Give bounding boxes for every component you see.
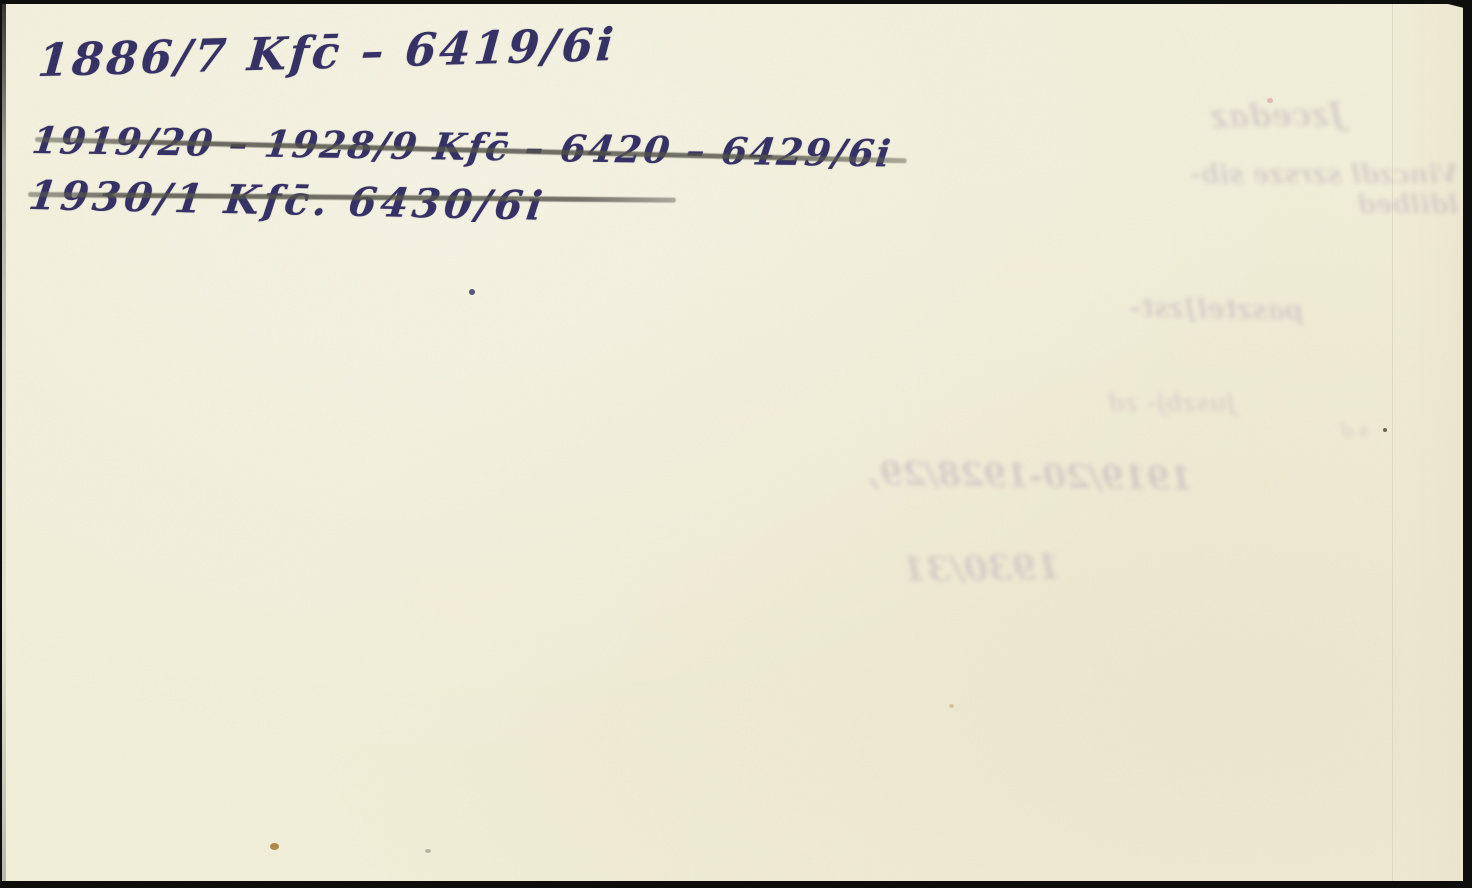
ghost-bleed-line: pasztel]zst- <box>1130 292 1304 326</box>
gray-speck <box>425 849 431 853</box>
ghost-bleed-line: Vinczdl szrsze sib- ldilbed <box>1188 160 1458 220</box>
scan-left-edge-shadow <box>2 4 6 881</box>
ghost-bleed-line: s.d <box>1340 420 1369 441</box>
card-right-edge-seam <box>1392 4 1463 881</box>
pink-speck <box>1267 98 1273 103</box>
dark-speck <box>1383 428 1387 432</box>
scan-corner-shadow <box>1432 0 1472 10</box>
ghost-bleed-line: juszbj- zd <box>1108 388 1235 417</box>
ghost-bleed-line: 1919/20-1928/29, <box>868 453 1193 498</box>
rust-speck <box>949 704 954 708</box>
brown-stain-speck <box>270 843 279 850</box>
index-card-paper: 1886/7 Kfc̄ – 6419/6i 1919/20 – 1928/9 K… <box>2 4 1463 881</box>
ghost-bleed-line: Jzcedaz <box>1210 95 1345 135</box>
scanned-card-page: 1886/7 Kfc̄ – 6419/6i 1919/20 – 1928/9 K… <box>0 0 1472 888</box>
ink-dot-blemish <box>469 289 475 295</box>
handwritten-line-1: 1886/7 Kfc̄ – 6419/6i <box>36 18 618 87</box>
ghost-bleed-line: 1930/31 <box>902 547 1062 591</box>
